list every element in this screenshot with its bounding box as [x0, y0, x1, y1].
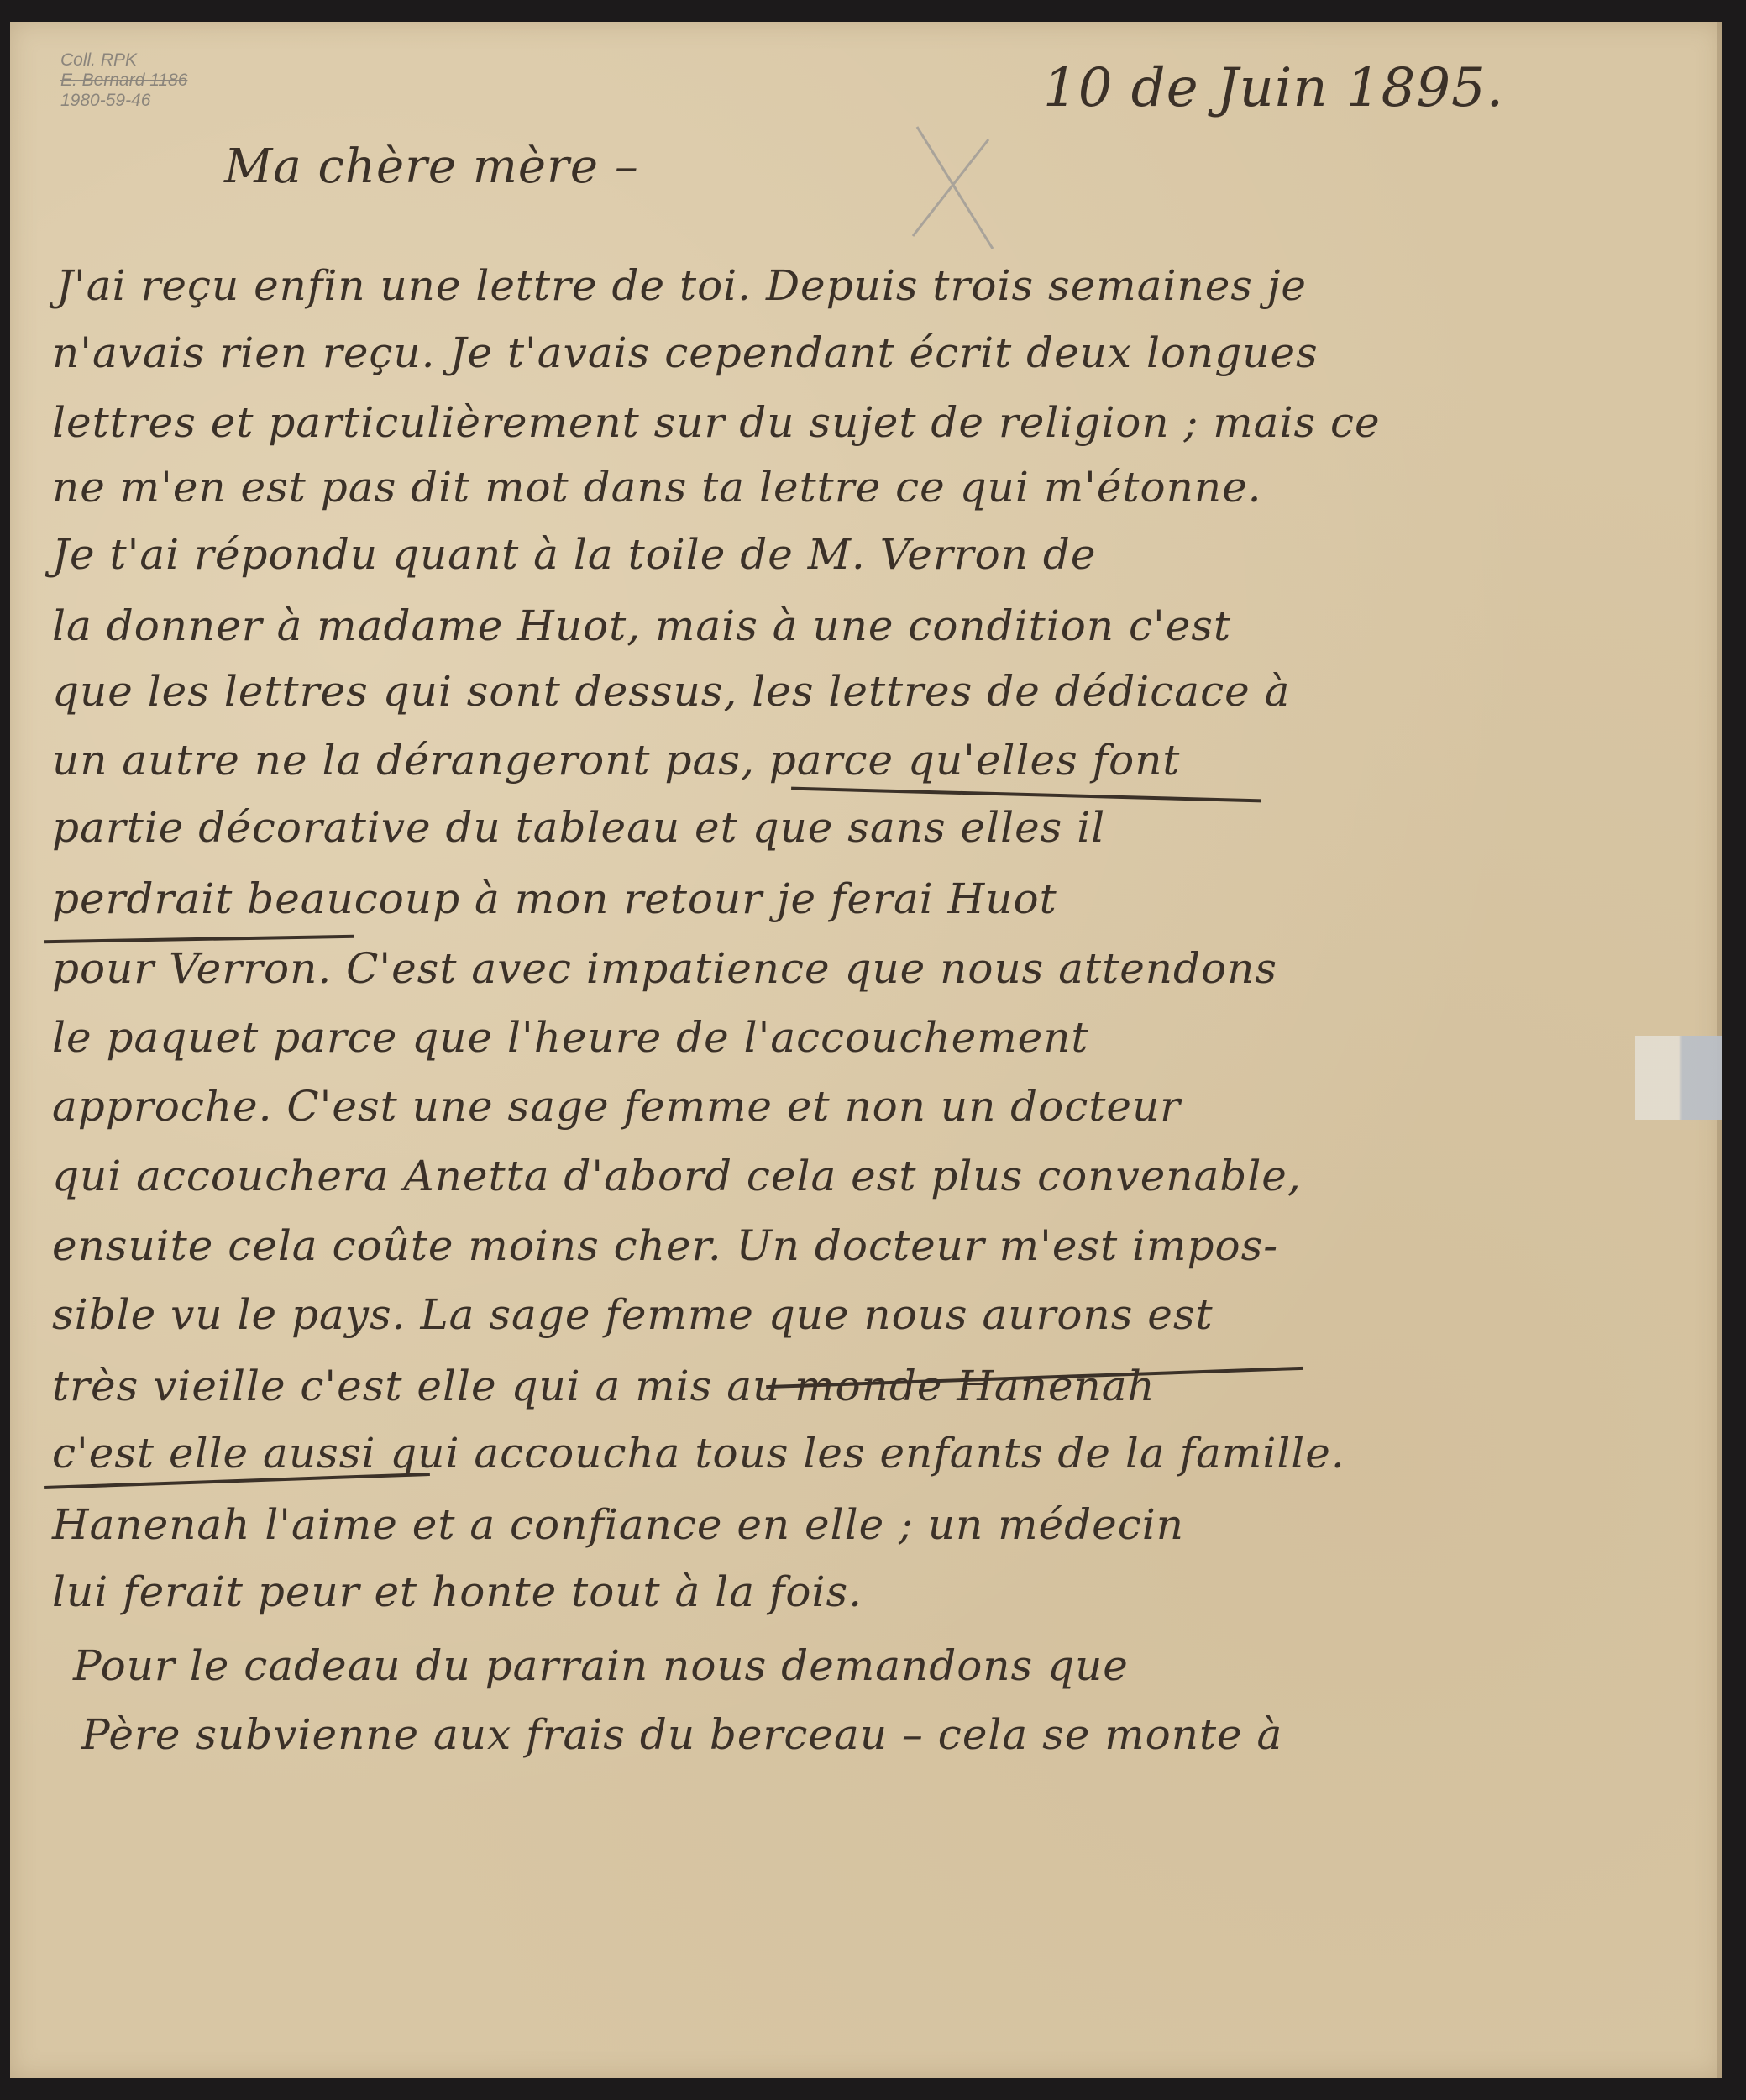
letter-line: lettres et particulièrement sur du sujet… [52, 398, 1381, 447]
repair-tape [1635, 1036, 1722, 1120]
underline-stroke [44, 935, 354, 943]
letter-line: ensuite cela coûte moins cher. Un docteu… [52, 1221, 1278, 1270]
letter-paper: Coll. RPK E. Bernard 1186 1980-59-46 10 … [10, 22, 1722, 2078]
letter-line: que les lettres qui sont dessus, les let… [52, 667, 1290, 716]
underline-stroke [791, 787, 1261, 803]
letter-line: n'avais rien reçu. Je t'avais cependant … [52, 328, 1319, 377]
letter-date: 10 de Juin 1895. [1043, 57, 1504, 119]
archive-mark-accession: 1980-59-46 [60, 91, 187, 111]
letter-line: très vieille c'est elle qui a mis au mon… [52, 1362, 1156, 1410]
letter-line: le paquet parce que l'heure de l'accouch… [52, 1013, 1089, 1062]
letter-line: approche. C'est une sage femme et non un… [52, 1082, 1181, 1131]
archive-mark-reference: E. Bernard 1186 [60, 71, 187, 91]
letter-line: perdrait beaucoup à mon retour je ferai … [52, 874, 1057, 923]
letter-line: un autre ne la dérangeront pas, parce qu… [52, 736, 1181, 785]
letter-line: J'ai reçu enfin une lettre de toi. Depui… [56, 261, 1307, 310]
letter-line: partie décorative du tableau et que sans… [52, 803, 1105, 852]
letter-line: qui accouchera Anetta d'abord cela est p… [52, 1152, 1302, 1200]
letter-line: Je t'ai répondu quant à la toile de M. V… [52, 530, 1096, 579]
letter-line: c'est elle aussi qui accoucha tous les e… [52, 1429, 1345, 1478]
archive-mark-collection: Coll. RPK [60, 50, 187, 71]
pencil-x-mark-icon [909, 123, 1001, 249]
letter-line: lui ferait peur et honte tout à la fois. [52, 1567, 863, 1616]
letter-line: la donner à madame Huot, mais à une cond… [52, 601, 1231, 650]
letter-line: Père subvienne aux frais du berceau – ce… [81, 1710, 1282, 1759]
letter-salutation: Ma chère mère – [224, 139, 639, 194]
letter-line: Hanenah l'aime et a confiance en elle ; … [52, 1500, 1184, 1549]
letter-line: pour Verron. C'est avec impatience que n… [52, 944, 1277, 993]
letter-line: ne m'en est pas dit mot dans ta lettre c… [52, 463, 1262, 512]
letter-line: sible vu le pays. La sage femme que nous… [52, 1290, 1214, 1339]
archive-marks: Coll. RPK E. Bernard 1186 1980-59-46 [60, 50, 187, 111]
letter-line: Pour le cadeau du parrain nous demandons… [73, 1641, 1129, 1690]
